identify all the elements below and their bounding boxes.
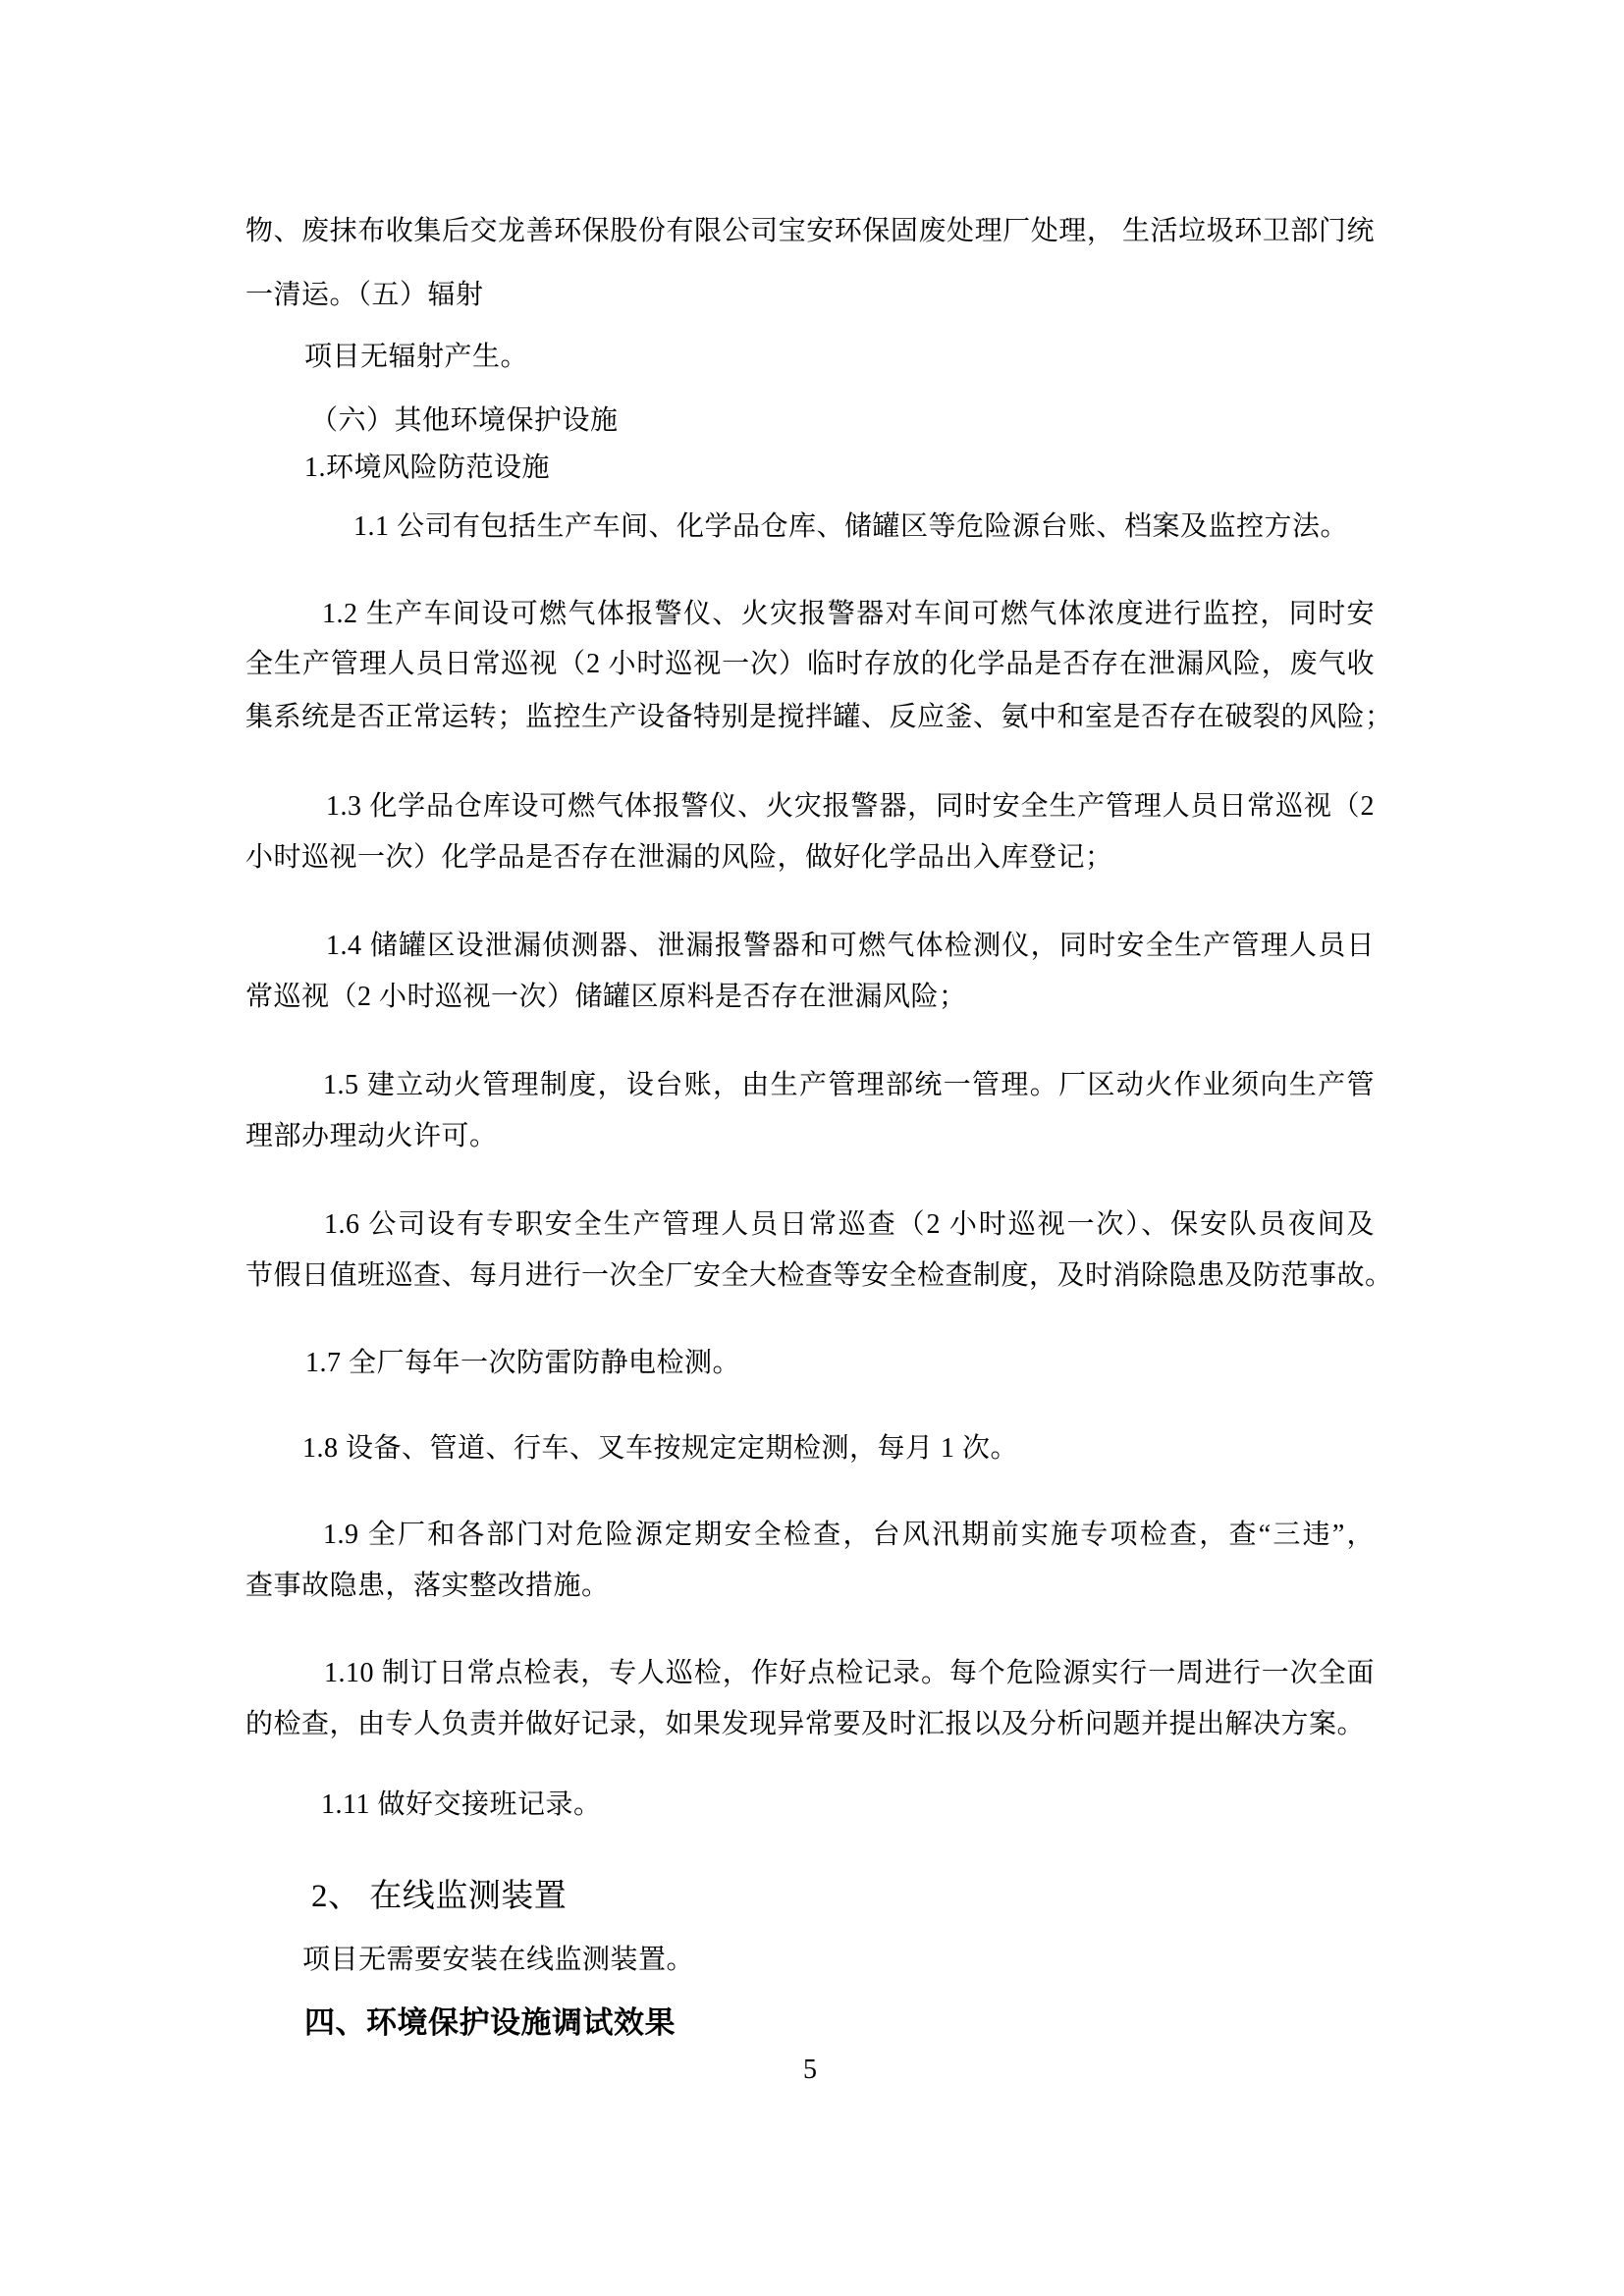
text-line: 1.2 生产车间设可燃气体报警仪、火灾报警器对车间可燃气体浓度进行监控，同时安 (245, 589, 1375, 640)
text-line: 1.4 储罐区设泄漏侦测器、泄漏报警器和可燃气体检测仪，同时安全生产管理人员日 (245, 921, 1375, 972)
text-line: 理部办理动火许可。 (245, 1111, 1375, 1162)
text-line: 1.7 全厂每年一次防雷防静电检测。 (245, 1338, 1375, 1389)
text-line: 1.11 做好交接班记录。 (245, 1780, 1375, 1831)
text-line: 1.1 公司有包括生产车间、化学品仓库、储罐区等危险源台账、档案及监控方法。 (245, 502, 1375, 553)
text-line: 项目无需要安装在线监测装置。 (245, 1935, 1375, 1986)
text-line: 常巡视（2 小时巡视一次）储罐区原料是否存在泄漏风险； (245, 972, 1375, 1023)
text-line: 集系统是否正常运转；监控生产设备特别是搅拌罐、反应釜、氨中和室是否存在破裂的风险… (245, 692, 1375, 743)
text-line: 物、废抹布收集后交龙善环保股份有限公司宝安环保固废处理厂处理， 生活垃圾环卫部门… (245, 206, 1375, 257)
text-line: 1.环境风险防范设施 (245, 443, 1375, 494)
text-line: 节假日值班巡查、每月进行一次全厂安全大检查等安全检查制度，及时消除隐患及防范事故… (245, 1251, 1375, 1302)
text-line: 1.8 设备、管道、行车、叉车按规定定期检测，每月 1 次。 (245, 1423, 1375, 1474)
text-line: 一清运。（五）辐射 (245, 270, 1375, 321)
text-line: （六）其他环境保护设施 (245, 396, 1375, 447)
text-line: 1.9 全厂和各部门对危险源定期安全检查，台风汛期前实施专项检查，查“三违”， (245, 1510, 1375, 1561)
text-line: 项目无辐射产生。 (245, 332, 1375, 383)
text-line: 1.3 化学品仓库设可燃气体报警仪、火灾报警器，同时安全生产管理人员日常巡视（2 (245, 781, 1375, 832)
text-line: 查事故隐患，落实整改措施。 (245, 1561, 1375, 1612)
document-body: 物、废抹布收集后交龙善环保股份有限公司宝安环保固废处理厂处理， 生活垃圾环卫部门… (245, 206, 1375, 2049)
text-line: 小时巡视一次）化学品是否存在泄漏的风险，做好化学品出入库登记； (245, 832, 1375, 883)
text-line: 全生产管理人员日常巡视（2 小时巡视一次）临时存放的化学品是否存在泄漏风险，废气… (245, 639, 1375, 690)
text-line: 1.6 公司设有专职安全生产管理人员日常巡查（2 小时巡视一次）、保安队员夜间及 (245, 1200, 1375, 1251)
text-line: 1.10 制订日常点检表，专人巡检，作好点检记录。每个危险源实行一周进行一次全面 (245, 1648, 1375, 1699)
page-number: 5 (245, 2045, 1375, 2096)
document-page: 物、废抹布收集后交龙善环保股份有限公司宝安环保固废处理厂处理， 生活垃圾环卫部门… (0, 0, 1624, 2296)
text-line: 2、 在线监测装置 (245, 1871, 1375, 1922)
section-heading: 四、环境保护设施调试效果 (245, 1998, 1375, 2049)
text-line: 的检查，由专人负责并做好记录，如果发现异常要及时汇报以及分析问题并提出解决方案。 (245, 1699, 1375, 1750)
text-line: 1.5 建立动火管理制度，设台账，由生产管理部统一管理。厂区动火作业须向生产管 (245, 1060, 1375, 1111)
